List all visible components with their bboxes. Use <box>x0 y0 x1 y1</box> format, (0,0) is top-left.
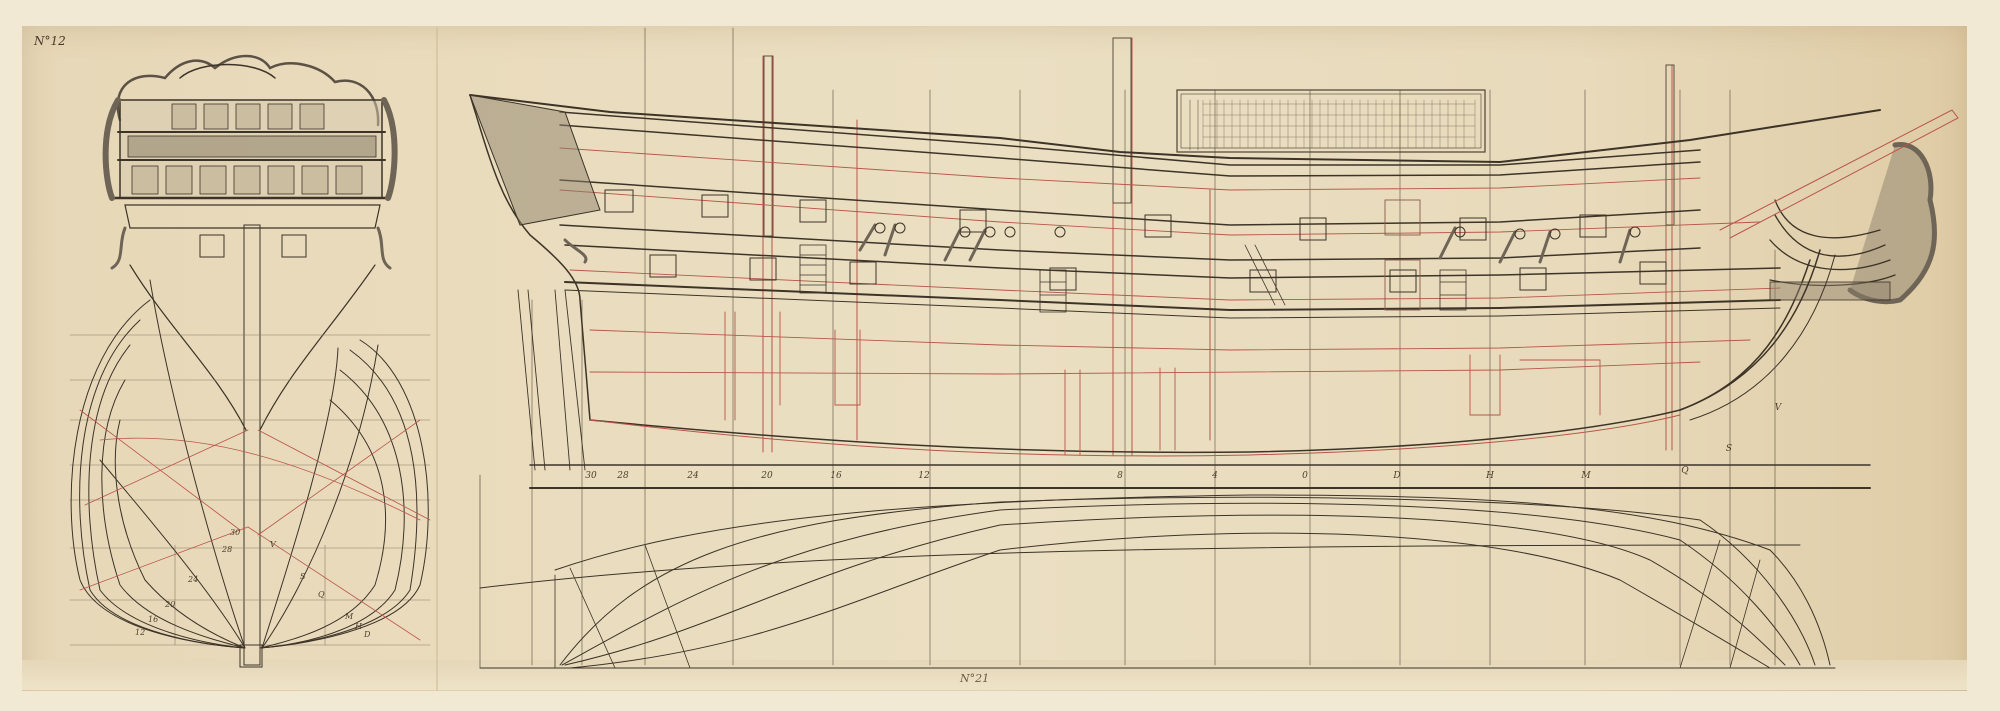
section-label: 16 <box>148 615 158 624</box>
section-label: M <box>345 612 353 621</box>
section-label: Q <box>318 590 325 599</box>
profile-view <box>470 28 1958 665</box>
section-label: H <box>355 622 362 631</box>
section-label: S <box>300 572 305 581</box>
station-label: 0 <box>1302 471 1308 481</box>
station-label: Q <box>1681 466 1688 476</box>
station-label: 20 <box>761 471 772 481</box>
station-label: D <box>1393 471 1400 481</box>
half-breadth-view <box>480 475 1835 668</box>
station-label: 28 <box>617 471 628 481</box>
section-label: 12 <box>135 628 145 637</box>
station-label: M <box>1581 471 1590 481</box>
scale-ticks <box>1203 100 1475 148</box>
station-label: 8 <box>1117 471 1123 481</box>
section-label: D <box>364 630 370 639</box>
station-label: 12 <box>918 471 929 481</box>
station-label: 24 <box>687 471 698 481</box>
scale-bar <box>1177 90 1485 152</box>
section-label: 24 <box>188 575 198 584</box>
section-label: 20 <box>165 600 175 609</box>
ship-plan-drawing <box>0 0 2000 711</box>
section-label: 28 <box>222 545 232 554</box>
station-label: 16 <box>830 471 841 481</box>
station-label: 30 <box>585 471 596 481</box>
section-label: V <box>270 540 276 549</box>
station-label: V <box>1775 403 1782 413</box>
section-label: 30 <box>230 528 240 537</box>
stern-view <box>70 28 437 690</box>
station-label: S <box>1726 444 1732 454</box>
station-label: 4 <box>1212 471 1218 481</box>
station-label: H <box>1486 471 1494 481</box>
